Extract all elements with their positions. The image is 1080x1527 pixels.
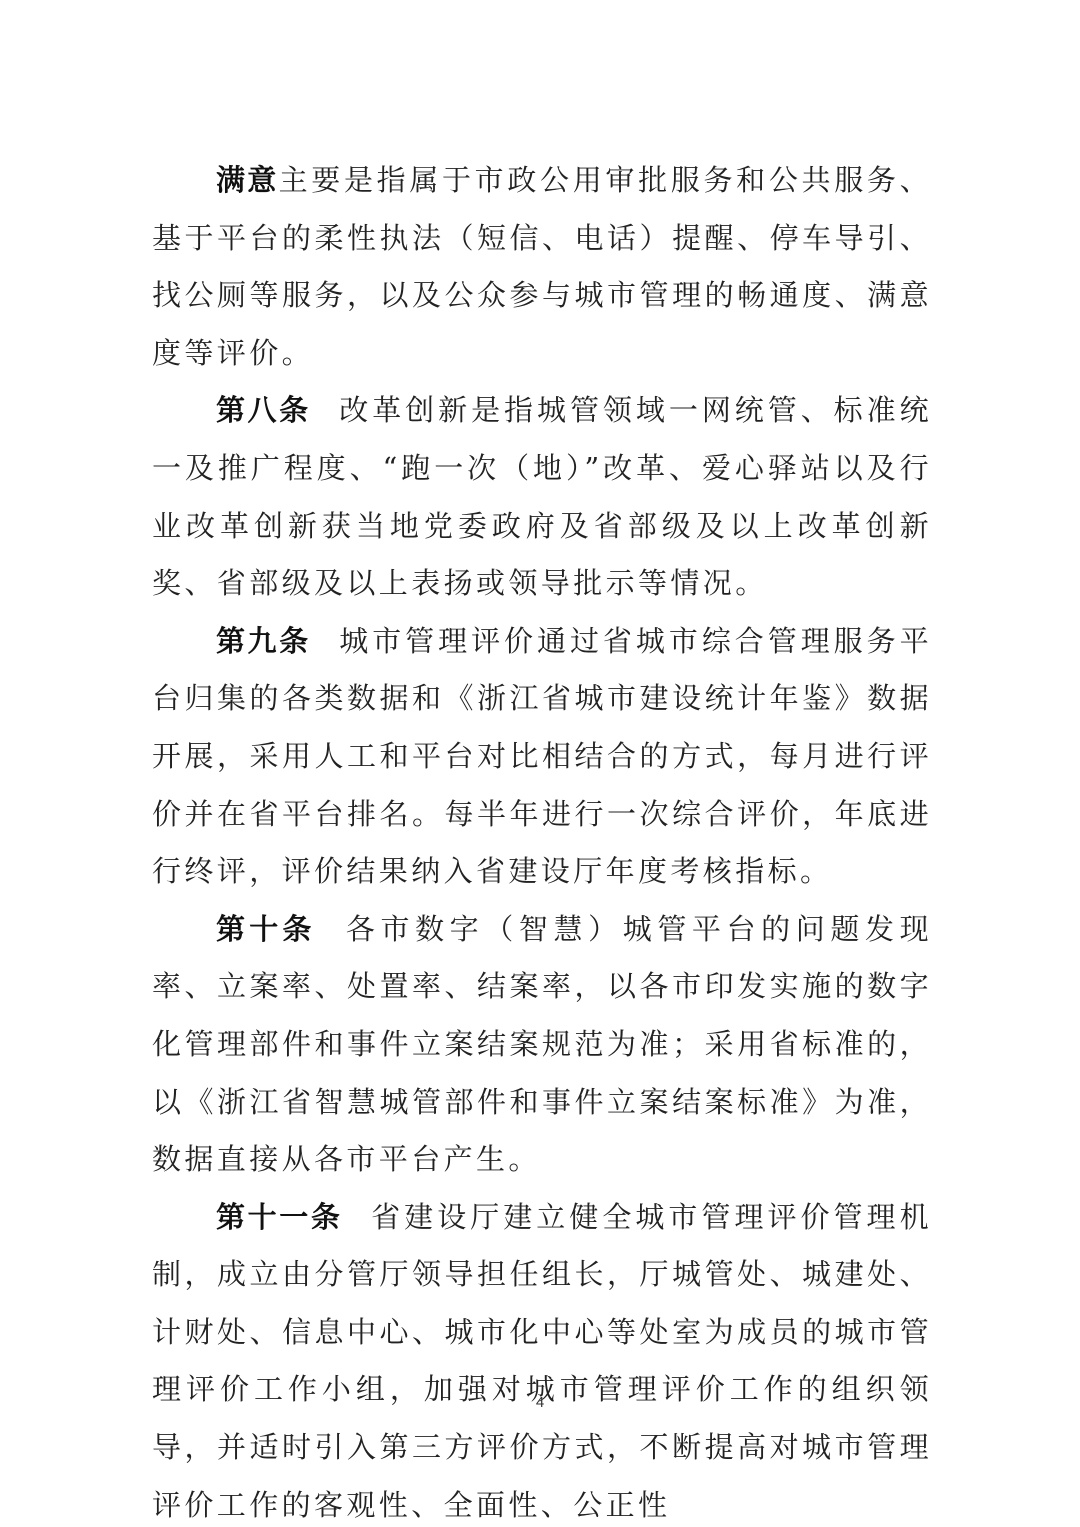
article-9: 第九条城市管理评价通过省城市综合管理服务平台归集的各类数据和《浙江省城市建设统计… (152, 613, 932, 901)
article-11: 第十一条省建设厅建立健全城市管理评价管理机制，成立由分管厅领导担任组长，厅城管处… (152, 1189, 932, 1527)
article-10: 第十条各市数字（智慧）城管平台的问题发现率、立案率、处置率、结案率，以各市印发实… (152, 901, 932, 1189)
article-heading: 第十一条 (216, 1200, 343, 1234)
page-number: 4 (0, 1394, 1080, 1411)
article-text: 各市数字（智慧）城管平台的问题发现率、立案率、处置率、结案率，以各市印发实施的数… (152, 912, 932, 1176)
paragraph-satisfaction: 满意主要是指属于市政公用审批服务和公共服务、基于平台的柔性执法（短信、电话）提醒… (152, 152, 932, 382)
article-heading: 第九条 (216, 624, 311, 658)
document-body: 满意主要是指属于市政公用审批服务和公共服务、基于平台的柔性执法（短信、电话）提醒… (152, 152, 932, 1527)
article-8: 第八条改革创新是指城管领域一网统管、标准统一及推广程度、“跑一次（地）”改革、爱… (152, 382, 932, 612)
article-text: 城市管理评价通过省城市综合管理服务平台归集的各类数据和《浙江省城市建设统计年鉴》… (152, 624, 932, 888)
paragraph-lead-term: 满意 (216, 163, 279, 197)
article-heading: 第十条 (216, 912, 316, 946)
article-text: 省建设厅建立健全城市管理评价管理机制，成立由分管厅领导担任组长，厅城管处、城建处… (152, 1200, 932, 1522)
article-heading: 第八条 (216, 393, 311, 427)
